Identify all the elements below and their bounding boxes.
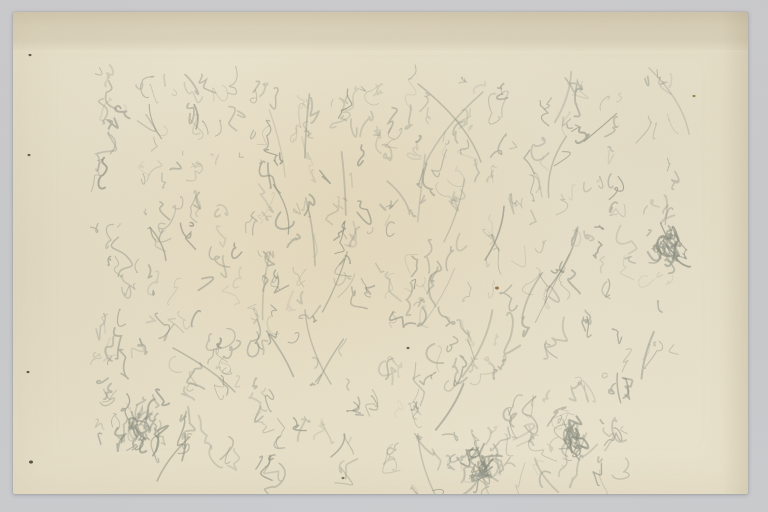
paper-speck <box>495 286 499 289</box>
paper-speck <box>27 371 30 373</box>
paper-speck <box>28 154 31 156</box>
paper-speck <box>29 460 33 463</box>
paper-speck <box>342 477 345 479</box>
handwriting-columns <box>91 65 679 494</box>
handwriting-ink-layer <box>13 12 748 494</box>
dense-ink-clusters <box>115 222 690 494</box>
paper-speck <box>29 54 32 56</box>
paper-speck <box>407 347 410 349</box>
manuscript-paper <box>13 12 748 494</box>
photo-background <box>0 0 768 512</box>
paper-speck <box>693 95 696 97</box>
